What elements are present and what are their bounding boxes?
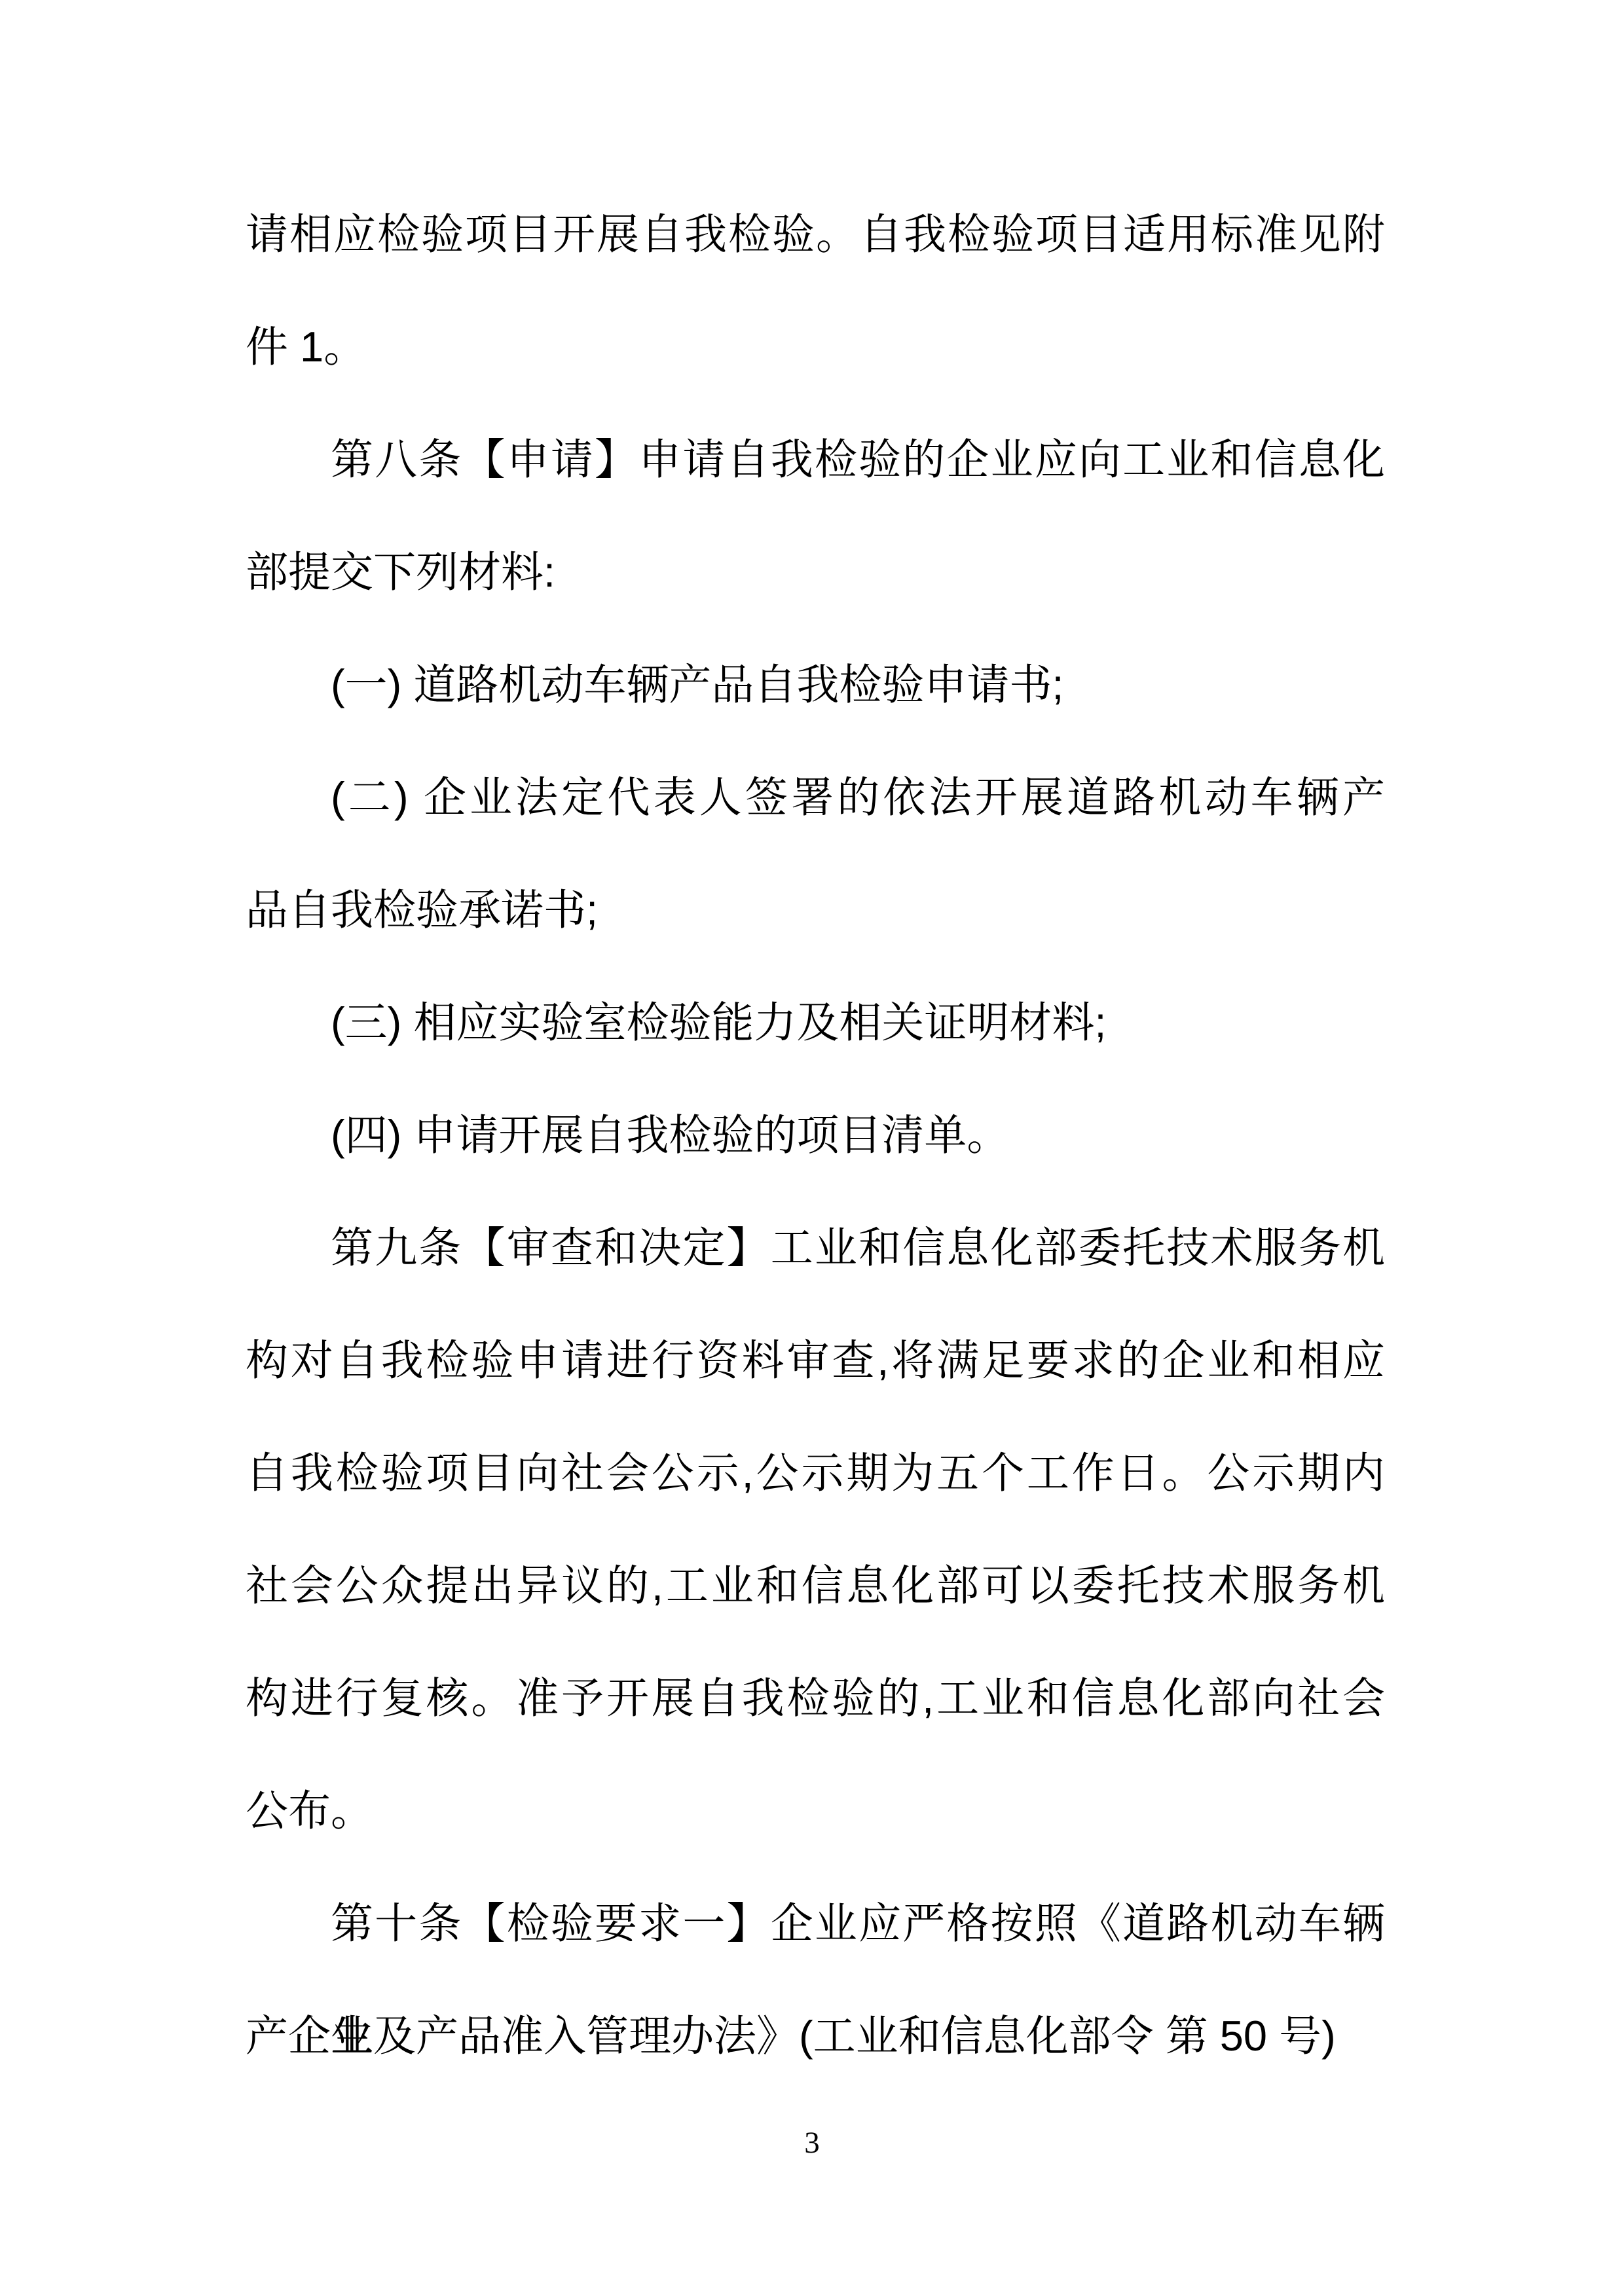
text-line: 构进行复核。准予开展自我检验的,工业和信息化部向社会 — [246, 1642, 1385, 1755]
text-line: 社会公众提出异议的,工业和信息化部可以委托技术服务机 — [246, 1529, 1385, 1642]
text-line: (四) 申请开展自我检验的项目清单。 — [246, 1079, 1385, 1192]
text-line: 自我检验项目向社会公示,公示期为五个工作日。公示期内 — [246, 1417, 1385, 1529]
text-line: 部提交下列材料: — [246, 516, 1385, 629]
text-line: 件 1。 — [246, 291, 1385, 403]
text-line: 公布。 — [246, 1755, 1385, 1867]
text-line: 请相应检验项目开展自我检验。自我检验项目适用标准见附 — [246, 178, 1385, 291]
text-line: (二) 企业法定代表人签署的依法开展道路机动车辆产 — [246, 741, 1385, 854]
page-number: 3 — [0, 2123, 1624, 2163]
text-line: 第十条【检验要求一】企业应严格按照《道路机动车辆生 — [246, 1867, 1385, 1980]
text-line: 产企业及产品准入管理办法》(工业和信息化部令 第 50 号) — [246, 1980, 1385, 2092]
text-line: (一) 道路机动车辆产品自我检验申请书; — [246, 629, 1385, 741]
text-line: 品自我检验承诺书; — [246, 854, 1385, 966]
document-page: 请相应检验项目开展自我检验。自我检验项目适用标准见附件 1。第八条【申请】申请自… — [0, 0, 1624, 2296]
text-line: 构对自我检验申请进行资料审查,将满足要求的企业和相应 — [246, 1304, 1385, 1417]
text-line: 第九条【审查和决定】工业和信息化部委托技术服务机 — [246, 1192, 1385, 1304]
text-line: (三) 相应实验室检验能力及相关证明材料; — [246, 966, 1385, 1079]
document-body: 请相应检验项目开展自我检验。自我检验项目适用标准见附件 1。第八条【申请】申请自… — [246, 178, 1385, 2092]
text-line: 第八条【申请】申请自我检验的企业应向工业和信息化 — [246, 403, 1385, 516]
